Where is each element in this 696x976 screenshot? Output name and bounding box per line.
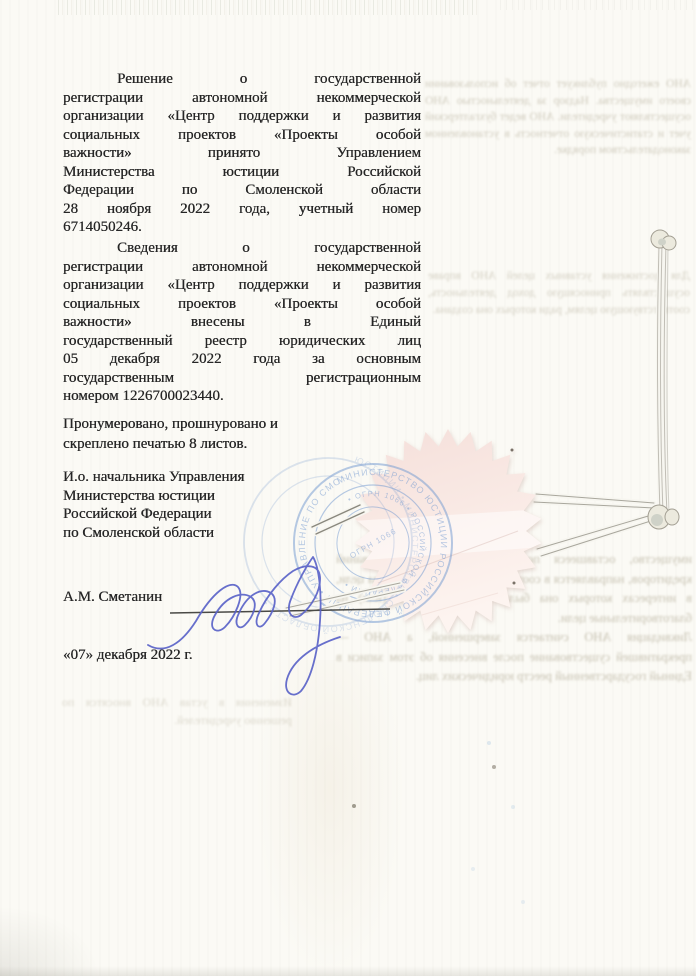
- document-line: номером 1226700023440.: [63, 387, 421, 406]
- document-line: регистрации автономной некоммерческой: [63, 258, 421, 277]
- document-line: по Смоленской области: [63, 524, 421, 543]
- dust-dot: [511, 449, 514, 452]
- bleedthrough-text: АНО ежегодно публикует отчет об использо…: [425, 76, 691, 159]
- document-line: 28 ноября 2022 года, учетный номер: [63, 200, 421, 219]
- document-line: Пронумеровано, прошнуровано и: [63, 414, 421, 434]
- document-line: Решение о государственной: [63, 70, 421, 89]
- document-line: Сведения о государственной: [63, 239, 421, 258]
- document-line: важности» внесены в Единый: [63, 313, 421, 332]
- document-line: организации «Центр поддержки и развития: [63, 107, 421, 126]
- signatory-name: А.М. Сметанин: [63, 589, 162, 606]
- thread-knot-top: [651, 230, 676, 250]
- document-line: Федерации по Смоленской области: [63, 181, 421, 200]
- scan-noise-band: [58, 0, 478, 15]
- thread-knot-bottom: [648, 505, 679, 529]
- document-line: социальных проектов «Проекты особой: [63, 295, 421, 314]
- bleedthrough-text: Для достижения уставных целей АНО вправе…: [428, 268, 690, 319]
- document-line: регистрации автономной некоммерческой: [63, 89, 421, 108]
- handwritten-signature: [140, 545, 410, 705]
- document-line: Министерства юстиции Российской: [63, 163, 421, 182]
- bleedthrough-text: имущество, оставшееся после удовлетворен…: [336, 550, 692, 687]
- paragraph-egrul-record: Сведения о государственной регистрации а…: [63, 239, 421, 406]
- binding-note: Пронумеровано, прошнуровано и скреплено …: [63, 414, 421, 454]
- scan-bottom-edge: [0, 966, 696, 976]
- document-line: Министерства юстиции: [63, 487, 421, 506]
- scan-corner-shadow: [0, 906, 100, 976]
- paper-stain: [255, 660, 405, 976]
- document-line: социальных проектов «Проекты особой: [63, 126, 421, 145]
- scanned-document-page: АНО ежегодно публикует отчет об использо…: [0, 0, 696, 976]
- dust-dot: [513, 582, 516, 585]
- document-line: Российской Федерации: [63, 505, 421, 524]
- binding-thread-bundle: [520, 220, 696, 560]
- document-line: важности» принято Управлением: [63, 144, 421, 163]
- document-line: государственный реестр юридических лиц: [63, 332, 421, 351]
- document-line: 05 декабря 2022 года за основным: [63, 350, 421, 369]
- document-date: «07» декабря 2022 г.: [63, 647, 193, 664]
- document-line: И.о. начальника Управления: [63, 468, 421, 487]
- signatory-title: И.о. начальника Управления Министерства …: [63, 468, 421, 542]
- scan-noise-band-right: [500, 0, 696, 10]
- bleedthrough-text: Изменения в устав АНО вносятся по решени…: [62, 693, 292, 729]
- document-line: организации «Центр поддержки и развития: [63, 276, 421, 295]
- document-line: 6714050246.: [63, 218, 421, 237]
- document-line: государственным регистрационным: [63, 369, 421, 388]
- document-line: скреплено печатью 8 листов.: [63, 434, 421, 454]
- signature-line: [170, 609, 390, 613]
- signature-ink: [148, 557, 340, 695]
- paragraph-registration-decision: Решение о государственной регистрации ав…: [63, 70, 421, 237]
- dust-specks: [0, 0, 2, 2]
